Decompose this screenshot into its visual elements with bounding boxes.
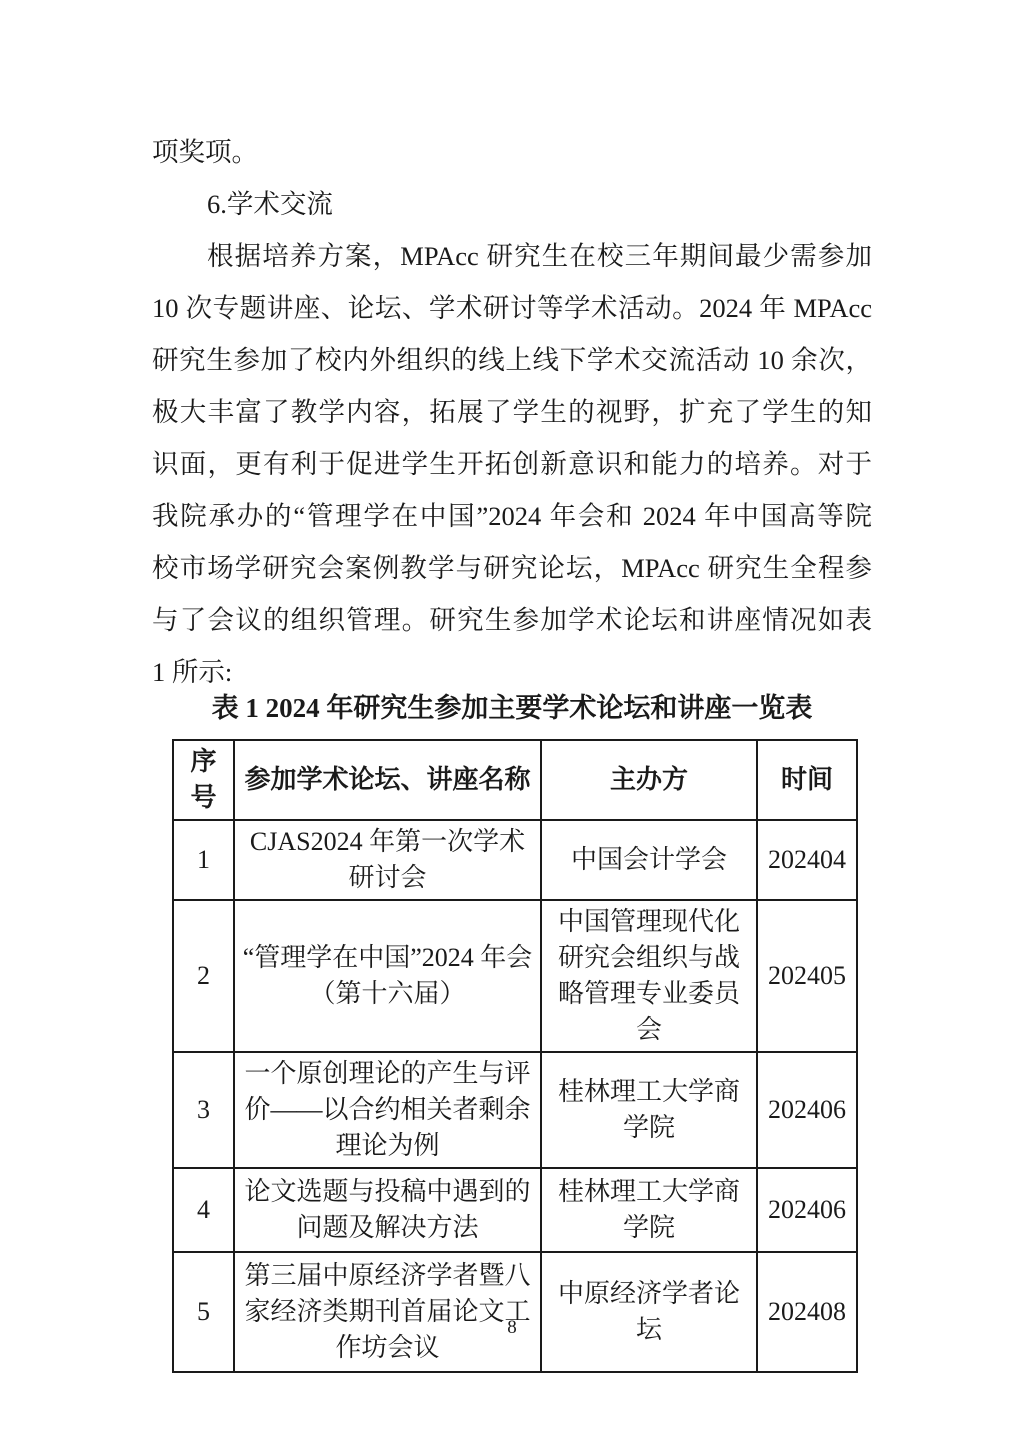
cell-host: 中国管理现代化研究会组织与战略管理专业委员会	[541, 900, 757, 1052]
table-row: 1 CJAS2024 年第一次学术研讨会 中国会计学会 202404	[173, 820, 857, 900]
document-page: 项奖项。 6.学术交流 根据培养方案，MPAcc 研究生在校三年期间最少需参加 …	[0, 0, 1024, 1448]
paragraph-line: 校市场学研究会案例教学与研究论坛，MPAcc 研究生全程参	[152, 542, 872, 594]
cell-no: 5	[173, 1252, 234, 1372]
forum-lecture-table: 序号 参加学术论坛、讲座名称 主办方 时间 1 CJAS2024 年第一次学术研…	[172, 739, 858, 1373]
table-row: 2 “管理学在中国”2024 年会（第十六届） 中国管理现代化研究会组织与战略管…	[173, 900, 857, 1052]
paragraph-line: 根据培养方案，MPAcc 研究生在校三年期间最少需参加	[152, 230, 872, 282]
cell-time: 202408	[757, 1252, 857, 1372]
header-cell-time: 时间	[757, 740, 857, 820]
paragraph-line: 与了会议的组织管理。研究生参加学术论坛和讲座情况如表	[152, 594, 872, 646]
cell-name: 论文选题与投稿中遇到的问题及解决方法	[234, 1168, 541, 1252]
table-caption: 表 1 2024 年研究生参加主要学术论坛和讲座一览表	[152, 688, 872, 728]
page-number: 8	[0, 1316, 1024, 1340]
paragraph-line: 极大丰富了教学内容，拓展了学生的视野，扩充了学生的知	[152, 386, 872, 438]
cell-name: 第三届中原经济学者暨八家经济类期刊首届论文工作坊会议	[234, 1252, 541, 1372]
cell-host: 中国会计学会	[541, 820, 757, 900]
table-row: 4 论文选题与投稿中遇到的问题及解决方法 桂林理工大学商学院 202406	[173, 1168, 857, 1252]
header-cell-name: 参加学术论坛、讲座名称	[234, 740, 541, 820]
cell-time: 202406	[757, 1168, 857, 1252]
cell-no: 3	[173, 1052, 234, 1168]
cell-no: 1	[173, 820, 234, 900]
paragraph-line: 识面，更有利于促进学生开拓创新意识和能力的培养。对于	[152, 438, 872, 490]
paragraph-line: 10 次专题讲座、论坛、学术研讨等学术活动。2024 年 MPAcc	[152, 282, 872, 334]
cell-no: 2	[173, 900, 234, 1052]
header-cell-no: 序号	[173, 740, 234, 820]
section-heading: 6.学术交流	[152, 178, 872, 230]
table-header-row: 序号 参加学术论坛、讲座名称 主办方 时间	[173, 740, 857, 820]
paragraph-line: 研究生参加了校内外组织的线上线下学术交流活动 10 余次，	[152, 334, 872, 386]
cell-name: “管理学在中国”2024 年会（第十六届）	[234, 900, 541, 1052]
cell-no: 4	[173, 1168, 234, 1252]
paragraph-line: 我院承办的“管理学在中国”2024 年会和 2024 年中国高等院	[152, 490, 872, 542]
cell-host: 中原经济学者论坛	[541, 1252, 757, 1372]
cell-time: 202406	[757, 1052, 857, 1168]
cell-name: CJAS2024 年第一次学术研讨会	[234, 820, 541, 900]
paragraph-carryover-line: 项奖项。	[152, 126, 872, 178]
table-row: 5 第三届中原经济学者暨八家经济类期刊首届论文工作坊会议 中原经济学者论坛 20…	[173, 1252, 857, 1372]
cell-time: 202404	[757, 820, 857, 900]
cell-host: 桂林理工大学商学院	[541, 1168, 757, 1252]
table-row: 3 一个原创理论的产生与评价——以合约相关者剩余理论为例 桂林理工大学商学院 2…	[173, 1052, 857, 1168]
cell-host: 桂林理工大学商学院	[541, 1052, 757, 1168]
header-cell-host: 主办方	[541, 740, 757, 820]
cell-time: 202405	[757, 900, 857, 1052]
cell-name: 一个原创理论的产生与评价——以合约相关者剩余理论为例	[234, 1052, 541, 1168]
body-text-block: 项奖项。 6.学术交流 根据培养方案，MPAcc 研究生在校三年期间最少需参加 …	[152, 126, 872, 698]
